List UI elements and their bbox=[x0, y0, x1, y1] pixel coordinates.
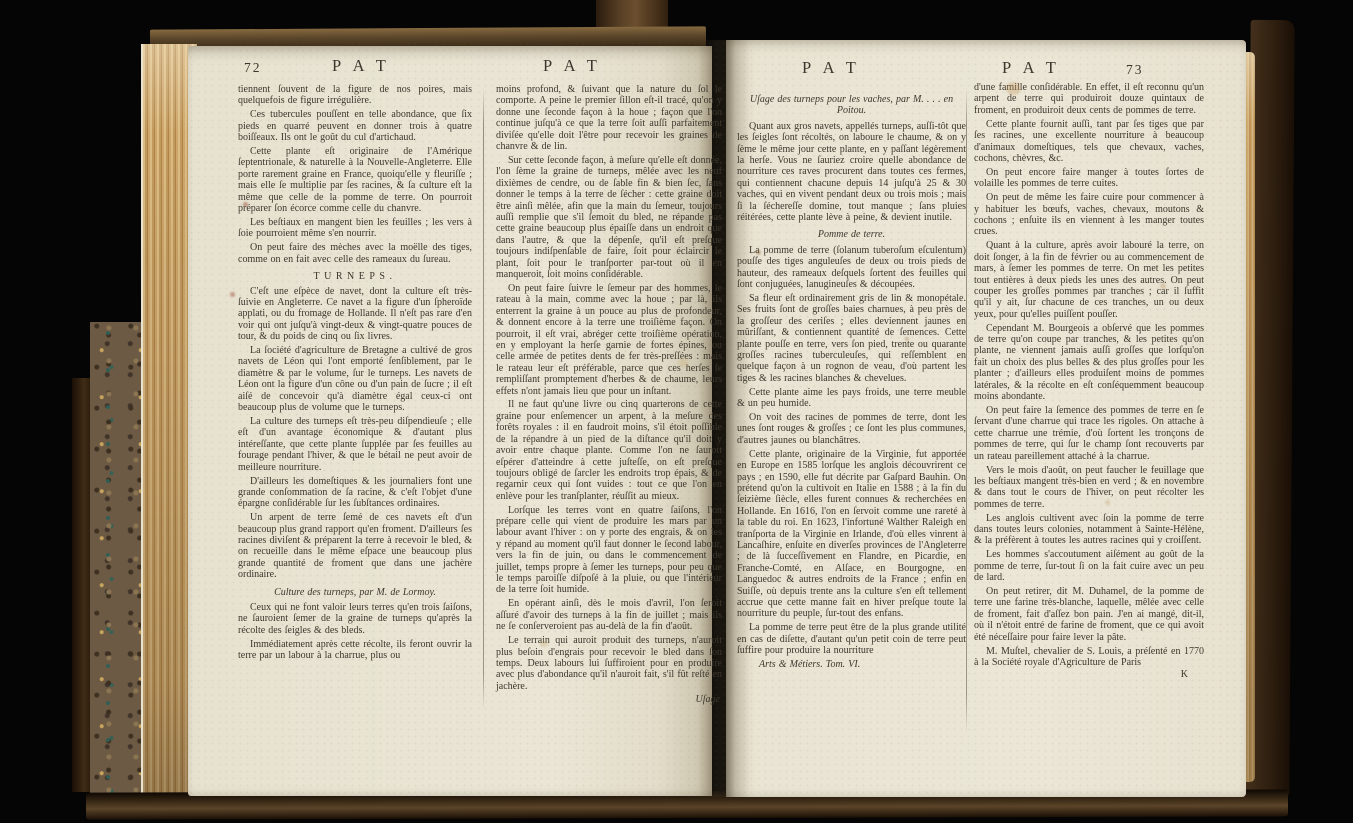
marbled-board-left bbox=[90, 322, 142, 802]
paragraph: Cette plante aime les pays froids, une t… bbox=[737, 387, 966, 410]
paragraph: Il ne faut qu'une livre ou cinq quartero… bbox=[496, 399, 722, 502]
paragraph: La culture des turneps eſt très-peu diſp… bbox=[238, 416, 472, 473]
column-rule bbox=[483, 88, 484, 710]
text-column: moins profond, & ſuivant que la nature d… bbox=[496, 84, 722, 734]
paragraph: Sur cette ſeconde façon, à meſure qu'ell… bbox=[496, 155, 722, 280]
paragraph: Ces tubercules pouſſent en telle abondan… bbox=[238, 109, 472, 143]
column-rule bbox=[966, 88, 967, 733]
paragraph: Cependant M. Bourgeois a obſervé que les… bbox=[974, 323, 1204, 403]
running-head: PAT bbox=[332, 56, 399, 76]
paragraph: Les beſtiaux en mangent bien les feuille… bbox=[238, 217, 472, 240]
paragraph: Un arpent de terre ſemé de ces navets eſ… bbox=[238, 512, 472, 580]
page-number-right: 73 bbox=[1126, 62, 1144, 78]
paragraph: Cette plante eſt originaire de l'Amériqu… bbox=[238, 146, 472, 214]
paragraph: Les anglois cultivent avec ſoin la pomme… bbox=[974, 513, 1204, 547]
paragraph: On peut retirer, dit M. Duhamel, de la p… bbox=[974, 586, 1204, 643]
paragraph: Immédiatement après cette récolte, ils f… bbox=[238, 639, 472, 662]
paragraph: La pomme de terre (ſolanum tuberoſum eſc… bbox=[737, 245, 966, 291]
gathering-signature: K bbox=[974, 669, 1204, 680]
page-number-left: 72 bbox=[244, 60, 262, 76]
book-cover-left bbox=[72, 378, 92, 792]
paragraph: Cette plante fournit auſſi, tant par ſes… bbox=[974, 119, 1204, 165]
paragraph: Le terrain qui auroit produit des turnep… bbox=[496, 635, 722, 692]
paragraph: Ceux qui ne font valoir leurs terres qu'… bbox=[238, 602, 472, 636]
paragraph: On voit des racines de pommes de terre, … bbox=[737, 412, 966, 446]
paragraph: En opérant ainſi, dès le mois d'avril, l… bbox=[496, 598, 722, 632]
paragraph: Sa fleur eſt ordinairement gris de lin &… bbox=[737, 293, 966, 384]
paragraph: M. Muſtel, chevalier de S. Louis, a préſ… bbox=[974, 646, 1204, 669]
text-column: tiennent ſouvent de la figure de nos poi… bbox=[238, 84, 472, 729]
text-column: d'une famille conſidérable. En effet, il… bbox=[974, 82, 1204, 744]
paragraph: On peut encore faire manger à toutes ſor… bbox=[974, 167, 1204, 190]
running-head: PAT bbox=[1002, 58, 1069, 78]
paragraph: Les hommes s'accoutument aiſément au goû… bbox=[974, 549, 1204, 583]
paragraph: Lorſque les terres vont en quatre ſaiſon… bbox=[496, 505, 722, 596]
paragraph: Vers le mois d'août, on peut faucher le … bbox=[974, 465, 1204, 511]
paragraph: C'eſt une eſpèce de navet, dont la cultu… bbox=[238, 286, 472, 343]
paragraph: La ſociété d'agriculture de Bretagne a c… bbox=[238, 345, 472, 413]
catchword: Uſage bbox=[496, 694, 722, 705]
paragraph: Quant aux gros navets, appellés turneps,… bbox=[737, 121, 966, 224]
paragraph: La pomme de terre peut être de la plus g… bbox=[737, 622, 966, 656]
article-heading: Uſage des turneps pour les vaches, par M… bbox=[743, 94, 960, 117]
paragraph-continuation: moins profond, & ſuivant que la nature d… bbox=[496, 84, 722, 152]
text-column: Uſage des turneps pour les vaches, par M… bbox=[737, 88, 966, 738]
volume-signature: Arts & Métiers. Tom. VI. bbox=[737, 659, 966, 670]
article-heading: Pomme de terre. bbox=[743, 229, 960, 240]
paragraph: D'ailleurs les domeſtiques & les journal… bbox=[238, 476, 472, 510]
book-photo: 72 PAT PAT tiennent ſouvent de la figure… bbox=[0, 0, 1353, 823]
paragraph-continuation: tiennent ſouvent de la figure de nos poi… bbox=[238, 84, 472, 107]
running-head: PAT bbox=[802, 58, 869, 78]
paragraph: On peut faire des mèches avec la moëlle … bbox=[238, 242, 472, 265]
paragraph: On peut de même les faire cuire pour com… bbox=[974, 192, 1204, 238]
section-heading: TURNEPS. bbox=[238, 271, 472, 282]
paragraph: On peut faire la ſemence des pommes de t… bbox=[974, 405, 1204, 462]
article-heading: Culture des turneps, par M. de Lormoy. bbox=[244, 587, 466, 598]
paragraph: Quant à la culture, après avoir labouré … bbox=[974, 240, 1204, 320]
running-head: PAT bbox=[543, 56, 610, 76]
paragraph: On peut faire ſuivre le ſemeur par des h… bbox=[496, 283, 722, 397]
paragraph-continuation: d'une famille conſidérable. En effet, il… bbox=[974, 82, 1204, 116]
paragraph: Cette plante, originaire de la Virginie,… bbox=[737, 449, 966, 620]
